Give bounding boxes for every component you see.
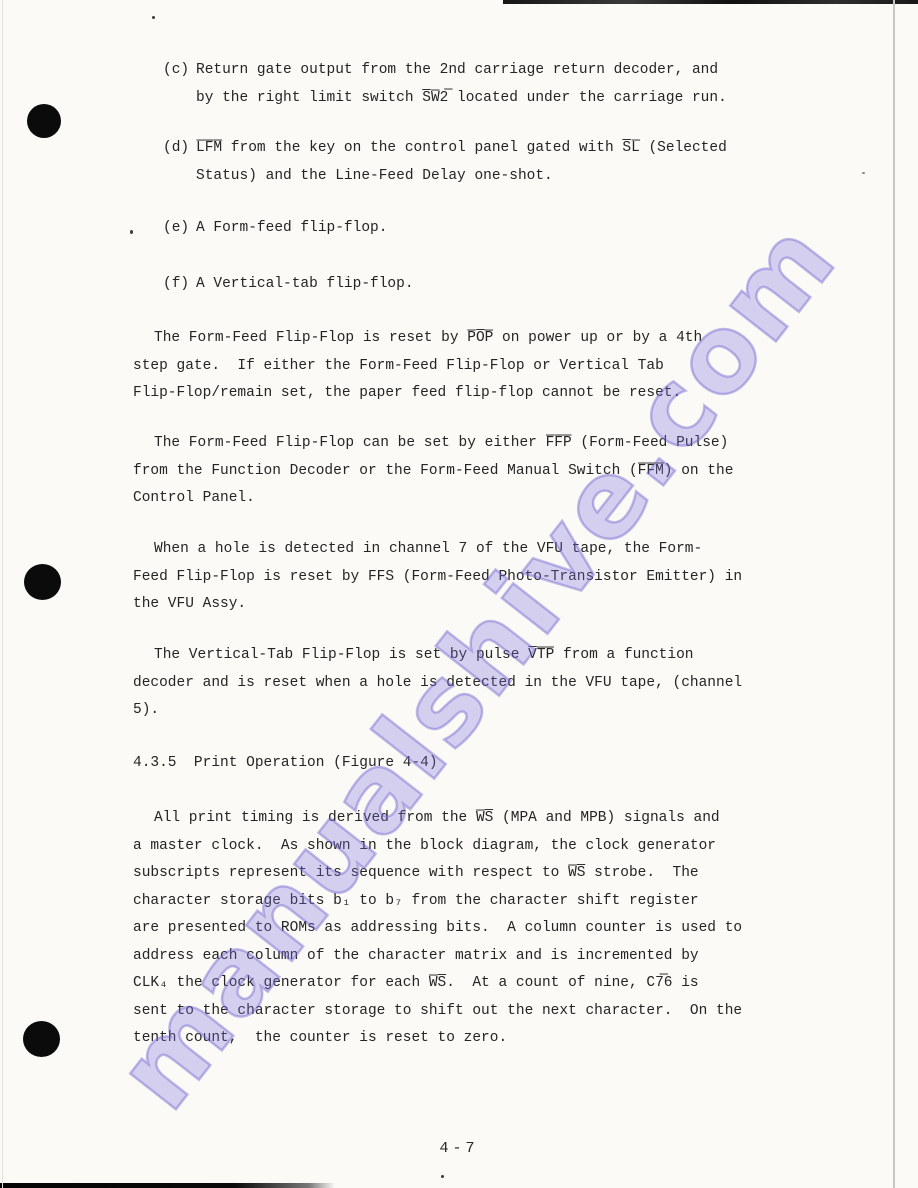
punch-hole-top [27,104,61,138]
text-line: subscripts represent its sequence with r… [133,860,783,888]
text-line: A Form-feed flip-flop. [196,215,846,243]
punch-hole-bottom [23,1021,60,1057]
list-item-c: (c) Return gate output from the 2nd carr… [133,57,846,112]
scan-artifact-bottom-strip [0,1183,335,1188]
text-line: by the right limit switch S̅W̅2̅ located… [196,85,846,113]
heading-text: 4.3.5 Print Operation (Figure 4-4) [133,750,783,778]
scan-artifact-top-strip [503,0,918,4]
list-item-label: (d) [163,135,189,163]
text-line: step gate. If either the Form-Feed Flip-… [133,353,783,381]
paragraph: All print timing is derived from the W̅S… [133,805,783,1053]
scan-artifact-right-edge [893,0,895,1188]
text-line: address each column of the character mat… [133,943,783,971]
text-line: The Form-Feed Flip-Flop is reset by P̅O̅… [133,325,783,353]
scanned-manual-page: (c) Return gate output from the 2nd carr… [0,0,918,1188]
text-line: Flip-Flop/remain set, the paper feed fli… [133,380,783,408]
punch-hole-middle [24,564,61,600]
text-line: L̅F̅M̅ from the key on the control panel… [196,135,846,163]
text-line: sent to the character storage to shift o… [133,998,783,1026]
paragraph: The Form-Feed Flip-Flop is reset by P̅O̅… [133,325,783,408]
text-line: from the Function Decoder or the Form-Fe… [133,458,783,486]
text-line: are presented to ROMs as addressing bits… [133,915,783,943]
text-line: Feed Flip-Flop is reset by FFS (Form-Fee… [133,564,783,592]
text-line: the VFU Assy. [133,591,783,619]
list-item-label: (e) [163,215,189,243]
list-item-d: (d) L̅F̅M̅ from the key on the control p… [133,135,846,190]
paragraph: When a hole is detected in channel 7 of … [133,536,783,619]
text-line: All print timing is derived from the W̅S… [133,805,783,833]
page-number: 4-7 [0,1139,918,1159]
scan-speck [152,16,155,19]
scan-artifact-left-edge [2,0,3,1188]
text-line: decoder and is reset when a hole is dete… [133,670,783,698]
paragraph: The Form-Feed Flip-Flop can be set by ei… [133,430,783,513]
text-line: Control Panel. [133,485,783,513]
paragraph: The Vertical-Tab Flip-Flop is set by pul… [133,642,783,725]
text-line: A Vertical-tab flip-flop. [196,271,846,299]
scan-speck [130,230,133,234]
text-line: Return gate output from the 2nd carriage… [196,57,846,85]
section-heading: 4.3.5 Print Operation (Figure 4-4) [133,750,783,778]
text-line: 5). [133,697,783,725]
text-line: character storage bits b₁ to b₇ from the… [133,888,783,916]
text-line: Status) and the Line-Feed Delay one-shot… [196,163,846,191]
text-line: tenth count, the counter is reset to zer… [133,1025,783,1053]
text-line: The Form-Feed Flip-Flop can be set by ei… [133,430,783,458]
list-item-label: (c) [163,57,189,85]
list-item-e: (e) A Form-feed flip-flop. [133,215,846,243]
list-item-label: (f) [163,271,189,299]
scan-speck [441,1175,444,1178]
text-line: CLK₄ the clock generator for each W̅S̅. … [133,970,783,998]
list-item-f: (f) A Vertical-tab flip-flop. [133,271,846,299]
text-line: a master clock. As shown in the block di… [133,833,783,861]
text-line: When a hole is detected in channel 7 of … [133,536,783,564]
scan-speck [862,172,865,174]
text-line: The Vertical-Tab Flip-Flop is set by pul… [133,642,783,670]
